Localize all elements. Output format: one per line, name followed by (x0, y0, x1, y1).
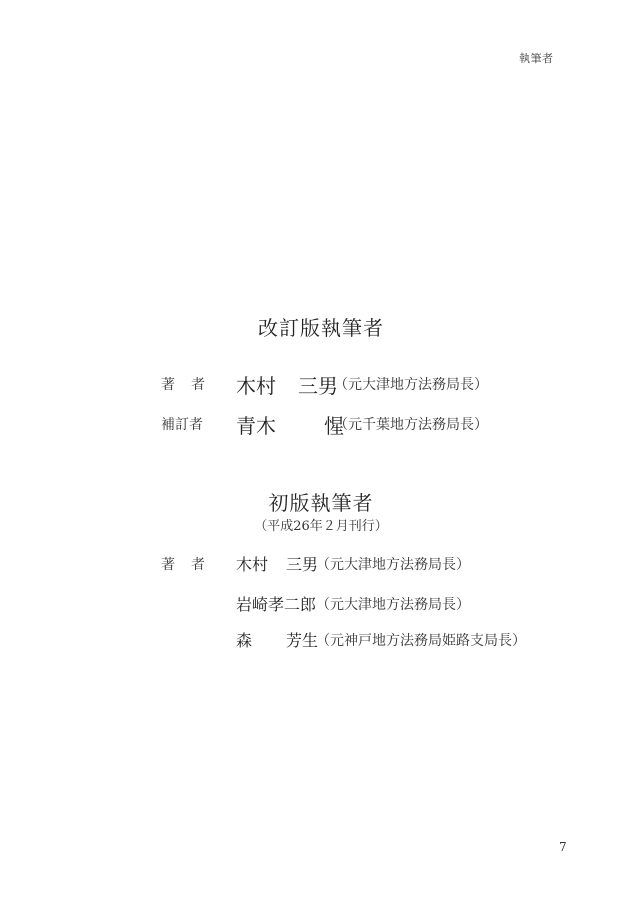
author-name: 岩崎孝二郎 (236, 592, 316, 615)
surname: 木村 (236, 555, 268, 574)
first-author-row: 岩崎孝二郎 （元大津地方法務局長） (0, 592, 642, 620)
revised-edition-title: 改訂版執筆者 (0, 312, 642, 341)
role-label: 著者 (161, 554, 205, 574)
role-label: 著者 (161, 374, 205, 394)
affiliation: （元大津地方法務局長） (334, 374, 488, 394)
first-author-row: 森芳生 （元神戸地方法務局姫路支局長） (0, 628, 642, 656)
affiliation: （元大津地方法務局長） (316, 554, 470, 574)
revised-author-row: 著者 木村三男 （元大津地方法務局長） (0, 370, 642, 398)
first-edition-title: 初版執筆者 (0, 487, 642, 516)
role-char: 著 (161, 377, 175, 393)
given-name: 三男 (298, 374, 338, 398)
affiliation: （元千葉地方法務局長） (334, 414, 488, 434)
first-author-row: 著者 木村三男 （元大津地方法務局長） (0, 552, 642, 580)
author-name: 木村三男 (236, 552, 318, 575)
surname: 木村 (236, 374, 276, 398)
role-label: 補訂者 (161, 414, 203, 434)
surname: 青木 (236, 414, 276, 438)
page-number: 7 (559, 840, 567, 854)
author-name: 木村三男 (236, 370, 338, 399)
author-name: 森芳生 (236, 628, 318, 651)
first-edition-note: （平成26年２月刊行） (0, 515, 642, 534)
surname: 森 (236, 631, 252, 650)
reviser-name: 青木惺 (236, 410, 344, 439)
role-char: 著 (161, 557, 175, 573)
given-name: 芳生 (286, 631, 318, 650)
affiliation: （元神戸地方法務局姫路支局長） (316, 630, 526, 650)
given-name: 三男 (286, 555, 318, 574)
affiliation: （元大津地方法務局長） (316, 594, 470, 614)
revised-reviser-row: 補訂者 青木惺 （元千葉地方法務局長） (0, 410, 642, 438)
running-head: 執筆者 (519, 50, 554, 66)
role-char: 者 (191, 377, 205, 393)
role-char: 者 (191, 557, 205, 573)
